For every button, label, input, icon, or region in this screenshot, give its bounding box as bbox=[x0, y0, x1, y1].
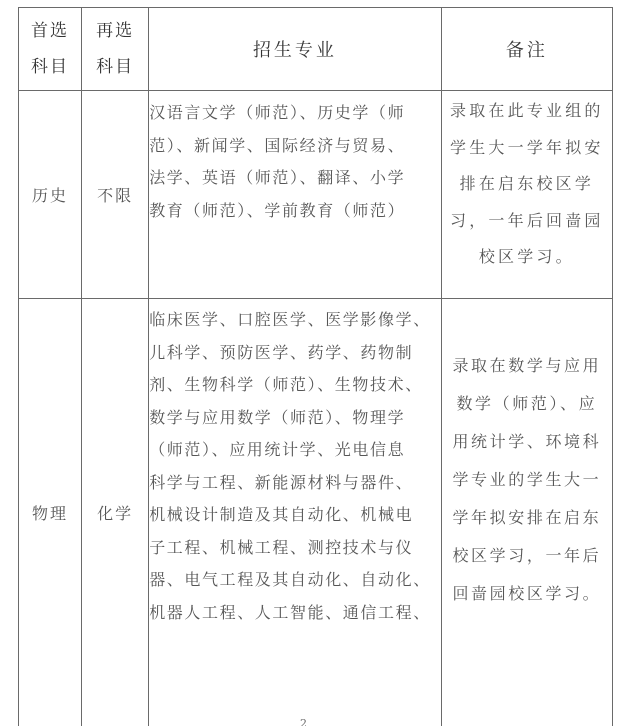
page-number: 2 bbox=[300, 718, 307, 726]
majors-line: 剂、生物科学（师范）、生物技术、 bbox=[149, 369, 440, 402]
majors-line: 科学与工程、新能源材料与器件、 bbox=[149, 467, 440, 500]
majors-cell: 汉语言文学（师范）、历史学（师 范）、新闻学、国际经济与贸易、 法学、英语（师范… bbox=[149, 91, 441, 299]
header-second-subject: 再选 科目 bbox=[82, 8, 149, 91]
header-second-subject-line-1: 再选 bbox=[82, 13, 148, 49]
majors-line: 范）、新闻学、国际经济与贸易、 bbox=[149, 130, 440, 163]
majors-line: 数学与应用数学（师范）、物理学 bbox=[149, 402, 440, 435]
notes-line: 学年拟安排在启东 bbox=[442, 499, 612, 537]
notes-line: 学专业的学生大一 bbox=[442, 461, 612, 499]
second-subject-cell: 化学 bbox=[82, 299, 149, 726]
notes-line: 录取在数学与应用 bbox=[442, 347, 612, 385]
notes-cell: 录取在数学与应用 数学（师范）、应 用统计学、环境科 学专业的学生大一 学年拟安… bbox=[441, 299, 612, 726]
table-header-row: 首选 科目 再选 科目 招生专业 备注 bbox=[19, 8, 613, 91]
majors-line: 器、电气工程及其自动化、自动化、 bbox=[149, 564, 440, 597]
header-first-subject-line-1: 首选 bbox=[19, 13, 81, 49]
first-subject-cell: 历史 bbox=[19, 91, 82, 299]
header-second-subject-line-2: 科目 bbox=[82, 49, 148, 85]
enrollment-majors-table: 首选 科目 再选 科目 招生专业 备注 历史 不限 汉语言文学（师范）、历史学（… bbox=[18, 7, 613, 726]
table-row-history: 历史 不限 汉语言文学（师范）、历史学（师 范）、新闻学、国际经济与贸易、 法学… bbox=[19, 91, 613, 299]
notes-line: 校区学习，一年后 bbox=[442, 537, 612, 575]
notes-line: 校区学习。 bbox=[442, 239, 612, 276]
table-row-physics: 物理 化学 临床医学、口腔医学、医学影像学、 儿科学、预防医学、药学、药物制 剂… bbox=[19, 299, 613, 726]
majors-line: 临床医学、口腔医学、医学影像学、 bbox=[149, 304, 440, 337]
notes-line: 数学（师范）、应 bbox=[442, 385, 612, 423]
majors-line: 机械设计制造及其自动化、机械电 bbox=[149, 499, 440, 532]
notes-line: 回啬园校区学习。 bbox=[442, 575, 612, 613]
majors-line: 汉语言文学（师范）、历史学（师 bbox=[149, 97, 440, 130]
notes-line: 排在启东校区学 bbox=[442, 166, 612, 203]
notes-line: 录取在此专业组的 bbox=[442, 93, 612, 130]
first-subject-cell: 物理 bbox=[19, 299, 82, 726]
majors-line: 机器人工程、人工智能、通信工程、 bbox=[149, 597, 440, 630]
header-majors-label: 招生专业 bbox=[253, 40, 337, 61]
header-first-subject-line-2: 科目 bbox=[19, 49, 81, 85]
majors-cell: 临床医学、口腔医学、医学影像学、 儿科学、预防医学、药学、药物制 剂、生物科学（… bbox=[149, 299, 441, 726]
header-majors: 招生专业 bbox=[149, 8, 441, 91]
header-first-subject: 首选 科目 bbox=[19, 8, 82, 91]
notes-cell: 录取在此专业组的 学生大一学年拟安 排在启东校区学 习，一年后回啬园 校区学习。 bbox=[441, 91, 612, 299]
majors-line: 子工程、机械工程、测控技术与仪 bbox=[149, 532, 440, 565]
header-notes-label: 备注 bbox=[506, 40, 548, 61]
second-subject-cell: 不限 bbox=[82, 91, 149, 299]
notes-line: 习，一年后回啬园 bbox=[442, 203, 612, 240]
notes-line: 学生大一学年拟安 bbox=[442, 130, 612, 167]
header-notes: 备注 bbox=[441, 8, 612, 91]
majors-line: （师范）、应用统计学、光电信息 bbox=[149, 434, 440, 467]
notes-line: 用统计学、环境科 bbox=[442, 423, 612, 461]
majors-line: 教育（师范）、学前教育（师范） bbox=[149, 195, 440, 228]
majors-line: 儿科学、预防医学、药学、药物制 bbox=[149, 337, 440, 370]
majors-line: 法学、英语（师范）、翻译、小学 bbox=[149, 162, 440, 195]
